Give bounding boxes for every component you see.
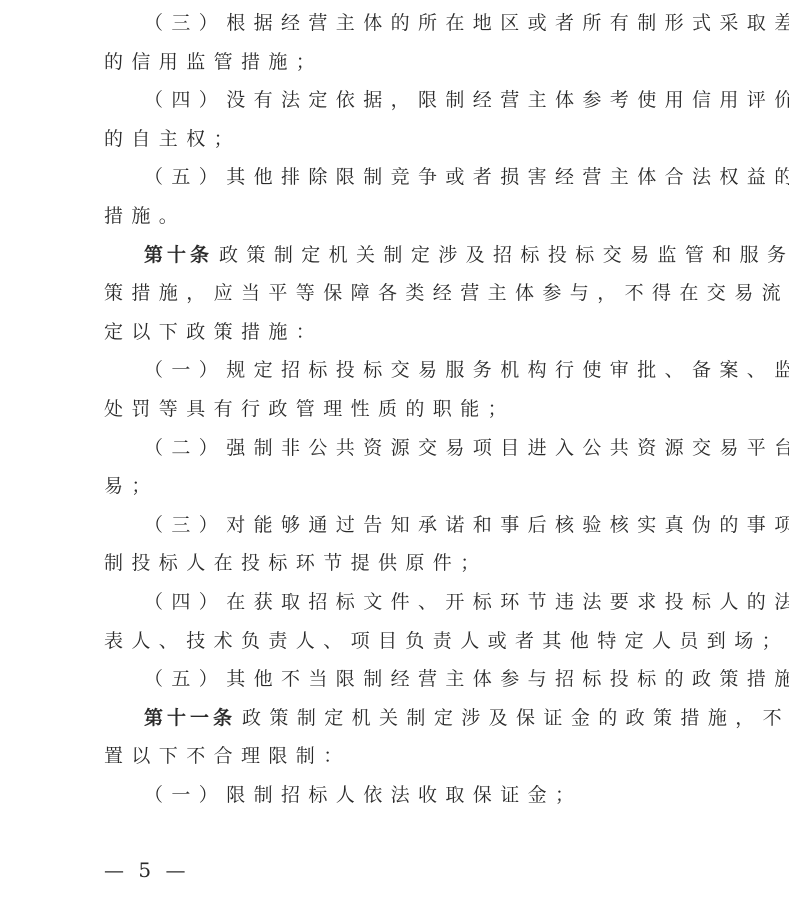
paragraph-line: （四）没有法定依据，限制经营主体参考使用信用评价结果 (104, 81, 684, 120)
paragraph-line: （四）在获取招标文件、开标环节违法要求投标人的法定代 (104, 583, 684, 622)
article-text: 政策制定机关制定涉及保证金的政策措施，不得设 (242, 707, 789, 729)
paragraph-line: （五）其他排除限制竞争或者损害经营主体合法权益的政策 (104, 158, 684, 197)
paragraph-line: 表人、技术负责人、项目负责人或者其他特定人员到场； (104, 622, 684, 661)
article-10-heading-line: 第十条政策制定机关制定涉及招标投标交易监管和服务的政 (104, 236, 684, 275)
paragraph-line: 定以下政策措施： (104, 313, 684, 352)
article-number: 第十一条 (144, 707, 236, 729)
paragraph-line: （二）强制非公共资源交易项目进入公共资源交易平台交 (104, 429, 684, 468)
article-text: 政策制定机关制定涉及招标投标交易监管和服务的政 (219, 244, 789, 266)
paragraph-line: 易； (104, 467, 684, 506)
paragraph-line: 制投标人在投标环节提供原件； (104, 544, 684, 583)
article-number: 第十条 (144, 244, 213, 266)
paragraph-line: 措施。 (104, 197, 684, 236)
paragraph-line: （一）限制招标人依法收取保证金； (104, 776, 684, 815)
paragraph-line: 策措施，应当平等保障各类经营主体参与，不得在交易流程上制 (104, 274, 684, 313)
paragraph-line: 的信用监管措施； (104, 43, 684, 82)
paragraph-line: （五）其他不当限制经营主体参与招标投标的政策措施。 (104, 660, 684, 699)
document-page: （三）根据经营主体的所在地区或者所有制形式采取差异化 的信用监管措施； （四）没… (104, 4, 684, 814)
paragraph-line: 的自主权； (104, 120, 684, 159)
page-number: — 5 — (104, 858, 189, 882)
paragraph-line: 处罚等具有行政管理性质的职能； (104, 390, 684, 429)
paragraph-line: （三）对能够通过告知承诺和事后核验核实真伪的事项，强 (104, 506, 684, 545)
paragraph-line: （一）规定招标投标交易服务机构行使审批、备案、监管、 (104, 351, 684, 390)
article-11-heading-line: 第十一条政策制定机关制定涉及保证金的政策措施，不得设 (104, 699, 684, 738)
paragraph-line: 置以下不合理限制： (104, 737, 684, 776)
paragraph-line: （三）根据经营主体的所在地区或者所有制形式采取差异化 (104, 4, 684, 43)
